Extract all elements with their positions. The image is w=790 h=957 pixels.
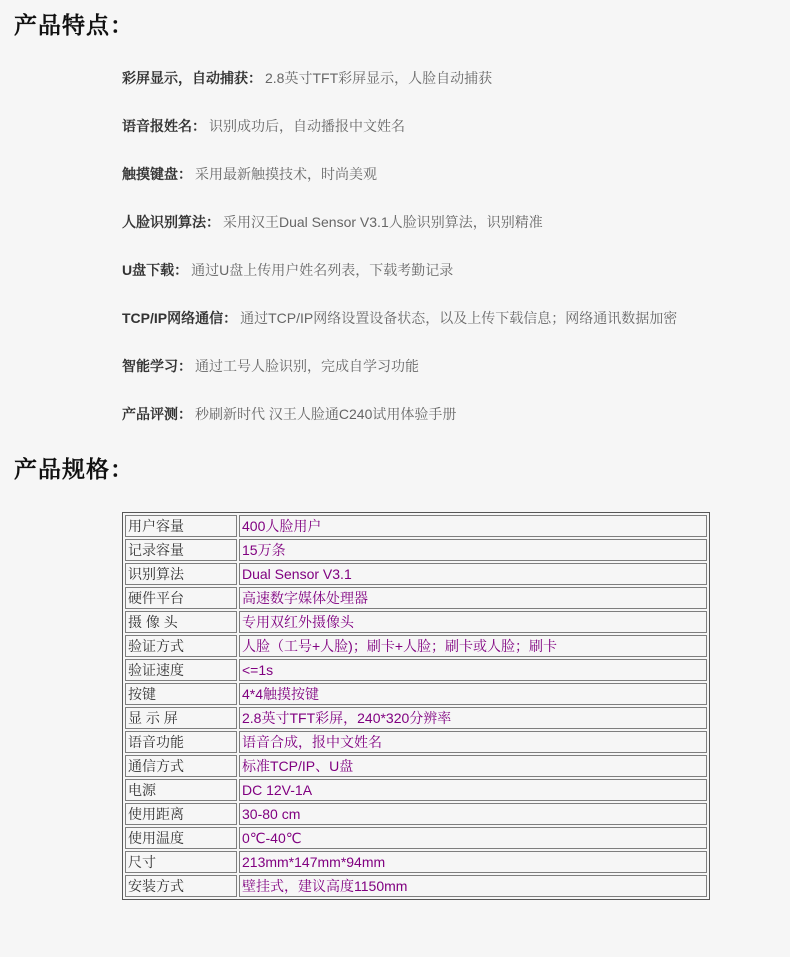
- feature-description: 采用汉王Dual Sensor V3.1人脸识别算法，识别精准: [223, 214, 543, 230]
- spec-value: Dual Sensor V3.1: [239, 563, 707, 585]
- spec-label: 验证方式: [125, 635, 237, 657]
- spec-label: 显 示 屏: [125, 707, 237, 729]
- spec-value: 213mm*147mm*94mm: [239, 851, 707, 873]
- table-row-record-capacity: 记录容量 15万条: [125, 539, 707, 561]
- spec-value: 语音合成，报中文姓名: [239, 731, 707, 753]
- features-heading: 产品特点：: [14, 0, 790, 38]
- feature-item-voice-name: 语音报姓名：识别成功后，自动播报中文姓名: [122, 118, 790, 134]
- feature-label: U盘下载：: [122, 262, 188, 278]
- spec-label: 验证速度: [125, 659, 237, 681]
- feature-description: 通过U盘上传用户姓名列表，下载考勤记录: [191, 262, 453, 278]
- spec-value: 专用双红外摄像头: [239, 611, 707, 633]
- table-row-user-capacity: 用户容量 400人脸用户: [125, 515, 707, 537]
- feature-item-touch-keypad: 触摸键盘：采用最新触摸技术，时尚美观: [122, 166, 790, 182]
- feature-label: 彩屏显示，自动捕获：: [122, 70, 262, 86]
- feature-label: 触摸键盘：: [122, 166, 192, 182]
- spec-value: <=1s: [239, 659, 707, 681]
- spec-value: 400人脸用户: [239, 515, 707, 537]
- spec-label: 硬件平台: [125, 587, 237, 609]
- spec-label: 使用距离: [125, 803, 237, 825]
- specs-heading: 产品规格：: [14, 456, 790, 482]
- spec-label: 语音功能: [125, 731, 237, 753]
- spec-label: 按键: [125, 683, 237, 705]
- spec-label: 电源: [125, 779, 237, 801]
- table-row-hardware-platform: 硬件平台 高速数字媒体处理器: [125, 587, 707, 609]
- spec-label: 记录容量: [125, 539, 237, 561]
- spec-value: DC 12V-1A: [239, 779, 707, 801]
- spec-value: 标准TCP/IP、U盘: [239, 755, 707, 777]
- table-row-dimensions: 尺寸 213mm*147mm*94mm: [125, 851, 707, 873]
- features-list: 彩屏显示，自动捕获：2.8英寸TFT彩屏显示，人脸自动捕获 语音报姓名：识别成功…: [122, 70, 790, 422]
- feature-description: 采用最新触摸技术，时尚美观: [195, 166, 377, 182]
- spec-label: 用户容量: [125, 515, 237, 537]
- spec-label: 通信方式: [125, 755, 237, 777]
- feature-item-face-algorithm: 人脸识别算法：采用汉王Dual Sensor V3.1人脸识别算法，识别精准: [122, 214, 790, 230]
- spec-value: 15万条: [239, 539, 707, 561]
- spec-value: 0℃-40℃: [239, 827, 707, 849]
- spec-value: 人脸（工号+人脸)；刷卡+人脸；刷卡或人脸；刷卡: [239, 635, 707, 657]
- spec-label: 摄 像 头: [125, 611, 237, 633]
- table-row-working-temperature: 使用温度 0℃-40℃: [125, 827, 707, 849]
- feature-label: 产品评测：: [122, 406, 192, 422]
- feature-item-product-review: 产品评测：秒刷新时代 汉王人脸通C240试用体验手册: [122, 406, 790, 422]
- spec-label: 尺寸: [125, 851, 237, 873]
- feature-label: 语音报姓名：: [122, 118, 206, 134]
- table-row-camera: 摄 像 头 专用双红外摄像头: [125, 611, 707, 633]
- feature-label: TCP/IP网络通信：: [122, 310, 237, 326]
- feature-label: 智能学习：: [122, 358, 192, 374]
- feature-item-tcpip-network: TCP/IP网络通信：通过TCP/IP网络设置设备状态，以及上传下载信息；网络通…: [122, 310, 790, 326]
- spec-value: 4*4触摸按键: [239, 683, 707, 705]
- table-row-display: 显 示 屏 2.8英寸TFT彩屏，240*320分辨率: [125, 707, 707, 729]
- table-row-verification-mode: 验证方式 人脸（工号+人脸)；刷卡+人脸；刷卡或人脸；刷卡: [125, 635, 707, 657]
- spec-label: 识别算法: [125, 563, 237, 585]
- spec-value: 高速数字媒体处理器: [239, 587, 707, 609]
- table-row-keys: 按键 4*4触摸按键: [125, 683, 707, 705]
- table-row-verification-speed: 验证速度 <=1s: [125, 659, 707, 681]
- table-row-working-distance: 使用距离 30-80 cm: [125, 803, 707, 825]
- table-row-voice-function: 语音功能 语音合成，报中文姓名: [125, 731, 707, 753]
- specs-table: 用户容量 400人脸用户 记录容量 15万条 识别算法 Dual Sensor …: [122, 512, 710, 900]
- feature-description: 通过工号人脸识别，完成自学习功能: [195, 358, 419, 374]
- feature-description: 秒刷新时代 汉王人脸通C240试用体验手册: [195, 406, 456, 422]
- table-row-installation: 安装方式 壁挂式，建议高度1150mm: [125, 875, 707, 897]
- spec-value: 壁挂式，建议高度1150mm: [239, 875, 707, 897]
- feature-item-color-screen: 彩屏显示，自动捕获：2.8英寸TFT彩屏显示，人脸自动捕获: [122, 70, 790, 86]
- feature-description: 2.8英寸TFT彩屏显示，人脸自动捕获: [265, 70, 492, 86]
- feature-item-smart-learning: 智能学习：通过工号人脸识别，完成自学习功能: [122, 358, 790, 374]
- feature-item-usb-download: U盘下载：通过U盘上传用户姓名列表，下载考勤记录: [122, 262, 790, 278]
- table-row-communication: 通信方式 标准TCP/IP、U盘: [125, 755, 707, 777]
- spec-label: 安装方式: [125, 875, 237, 897]
- table-row-recognition-algorithm: 识别算法 Dual Sensor V3.1: [125, 563, 707, 585]
- feature-description: 识别成功后，自动播报中文姓名: [209, 118, 405, 134]
- feature-description: 通过TCP/IP网络设置设备状态，以及上传下载信息；网络通讯数据加密: [240, 310, 677, 326]
- table-row-power: 电源 DC 12V-1A: [125, 779, 707, 801]
- spec-value: 30-80 cm: [239, 803, 707, 825]
- spec-label: 使用温度: [125, 827, 237, 849]
- feature-label: 人脸识别算法：: [122, 214, 220, 230]
- spec-value: 2.8英寸TFT彩屏，240*320分辨率: [239, 707, 707, 729]
